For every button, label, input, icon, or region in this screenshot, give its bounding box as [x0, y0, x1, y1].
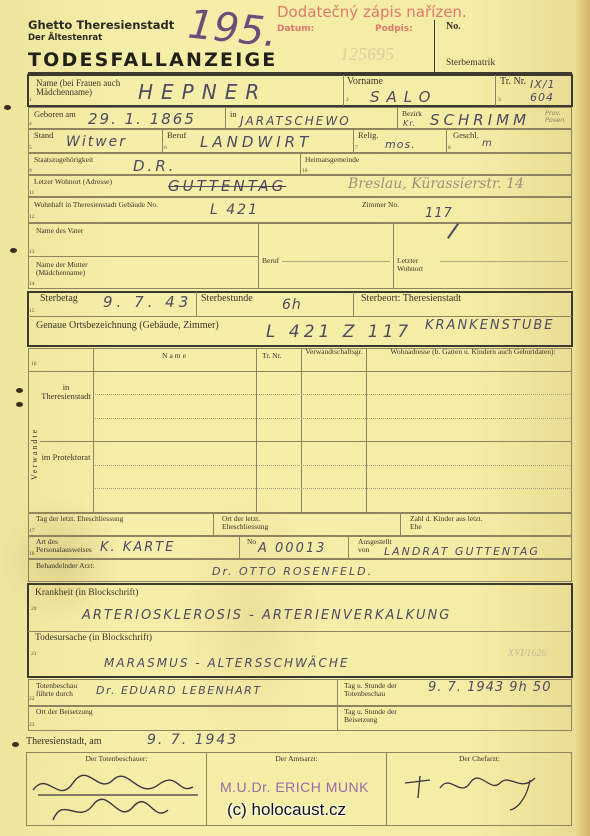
field-number: 3 [498, 97, 501, 103]
field-number: 5 [29, 145, 32, 151]
org-line-2: Der Ältestenrat [28, 33, 102, 43]
sex-value: m [482, 138, 495, 149]
citizenship-label: Staatszugehörigkeit [34, 156, 93, 164]
exact-location-value: L 421 Z 117 [266, 322, 412, 342]
divider [239, 536, 240, 559]
building-value: L 421 [210, 202, 259, 218]
field-number: 10 [302, 168, 308, 174]
divider [343, 75, 344, 106]
parents-last-residence-label: Letzter Wohnort [397, 257, 437, 274]
district-note: Prov. Posen [545, 110, 575, 124]
born-label: Geboren am [34, 110, 76, 119]
home-municipality-label: Heimatsgemeinde [305, 156, 359, 164]
official-stamp: M.U.Dr. ERICH MUNK [220, 779, 369, 795]
death-hour-label: Sterbestunde [201, 294, 253, 305]
col-name: Name [94, 352, 256, 360]
id-no-value: A 00013 [258, 541, 326, 556]
id-type-value: K. KARTE [100, 540, 175, 555]
dotted-line [95, 394, 570, 395]
place-date-value: 9. 7. 1943 [147, 732, 238, 748]
divider [196, 292, 197, 316]
place-date-label: Theresienstadt, am [26, 737, 102, 748]
write-line [282, 261, 390, 262]
last-residence-label: Letzer Wohnort (Adresse) [34, 178, 112, 186]
dotted-line [95, 465, 570, 466]
field-number: 1 [29, 97, 32, 103]
profession-value: LANDWIRT [200, 133, 312, 151]
write-line [440, 261, 568, 262]
field-number: 14 [29, 281, 35, 287]
divider [495, 75, 496, 106]
field-number: 22 [29, 696, 35, 702]
field-number: 13 [29, 249, 35, 255]
addendum-stamp: Dodatečný zápis nařízen. [277, 3, 467, 21]
marriage-date-label: Tag der letzt. Eheschliessung [36, 515, 126, 523]
divider [28, 316, 572, 317]
field-number: 21 [31, 651, 37, 657]
field-number: 2 [346, 97, 349, 103]
district-label: Bezirk [402, 110, 422, 118]
inspection-by-label: Totenbeschau führte durch [36, 682, 96, 699]
id-type-label: Art des Personalausweises [36, 538, 106, 555]
dotted-line [95, 488, 570, 489]
field-number: 11 [29, 190, 34, 196]
field-number: 9 [29, 168, 32, 174]
addendum-date-label: Datum: [277, 24, 314, 34]
building-label: Wohnhaft in Theresienstadt Gebäude No. [34, 201, 158, 209]
punch-hole [4, 105, 11, 110]
divider [213, 513, 214, 536]
group-theresienstadt: in Theresienstadt [40, 383, 92, 401]
divider [28, 371, 572, 372]
id-no-label: No [247, 538, 256, 546]
last-residence-struck: GUTTENTAG [168, 177, 286, 195]
transport-value: IX/1 604 [530, 78, 574, 104]
exact-location-label: Genaue Ortsbezeichnung (Gebäude, Zimmer) [36, 321, 219, 332]
field-number: 4 [29, 121, 32, 127]
religion-value: mos. [385, 138, 416, 151]
addendum-signature-label: Podpis: [375, 24, 413, 34]
id-issued-value: LANDRAT GUTTENTAG [384, 545, 540, 558]
handwritten-number: 195. [186, 1, 279, 56]
cause-faint-note: XVI/1626 [508, 648, 546, 659]
illness-label: Krankheit (in Blockschrift) [35, 589, 138, 599]
relatives-side-label: Verwandte [30, 400, 39, 480]
birthplace-value: JARATSCHEWO [240, 114, 351, 128]
religion-label: Relig. [358, 131, 379, 140]
divider [93, 348, 94, 513]
divider [162, 129, 163, 153]
status-label: Stand [34, 131, 53, 140]
col-transport: Tr. Nr. [262, 352, 282, 360]
mother-label: Name der Mutter (Mädchenname) [36, 261, 136, 278]
cause-value: MARASMUS - ALTERSSCHWÄCHE [104, 656, 349, 670]
burial-row [28, 706, 572, 731]
divider [258, 223, 259, 289]
room-label: Zimmer No. [362, 201, 399, 209]
father-label: Name des Vater [36, 227, 86, 235]
name-label: Name (bei Frauen auch Mädchenname) [36, 79, 136, 98]
room-value: 117 [425, 206, 453, 221]
first-name-value: SALO [370, 88, 438, 106]
field-number: 23 [29, 722, 35, 728]
burial-datetime-label: Tag u. Stunde der Beisetzung [344, 708, 414, 725]
paper-edge [576, 0, 590, 836]
no-label: No. [446, 22, 461, 33]
divider [353, 129, 354, 153]
header-divider [434, 20, 435, 72]
divider [397, 107, 398, 129]
inspection-datetime-value: 9. 7. 1943 9h 50 [428, 680, 551, 695]
watermark: (c) holocaust.cz [227, 800, 346, 820]
physician-value: Dr. OTTO ROSENFELD. [212, 565, 373, 578]
punch-hole [16, 402, 23, 407]
field-number: 18 [29, 551, 35, 557]
first-name-label: Vorname [347, 77, 383, 88]
field-number: 6 [164, 145, 167, 151]
physician-label: Behandelnder Arzt: [36, 562, 95, 570]
field-number: 8 [448, 145, 451, 151]
chief-signature [400, 768, 550, 813]
district-value: SCHRIMM [430, 111, 530, 129]
exact-location-note: KRANKENSTUBE [425, 318, 554, 333]
field-number: 12 [29, 214, 35, 220]
parents-profession-label: Beruf [262, 257, 280, 265]
profession-label: Beruf [167, 131, 186, 140]
born-in-label: in [230, 110, 237, 119]
dotted-line [95, 418, 570, 419]
divider [353, 292, 354, 316]
last-residence-value: Breslau, Kürassierstr. 14 [348, 176, 524, 192]
sex-label: Geschl. [453, 131, 479, 140]
transport-label: Tr. Nr. [500, 77, 526, 88]
org-line-1: Ghetto Theresienstadt [28, 18, 174, 32]
punch-hole [12, 742, 19, 747]
divider [348, 536, 349, 559]
divider [28, 631, 572, 632]
field-number: 20 [31, 606, 37, 612]
children-label: Zahl d. Kinder aus letzt. Ehe [410, 515, 485, 532]
inspector-signature [28, 765, 203, 830]
punch-hole [16, 388, 23, 393]
cause-label: Todesursache (in Blockschrift) [35, 634, 152, 644]
citizenship-value: D.R. [133, 157, 177, 175]
marriage-place-label: Ort der letzt. Eheschliessung [222, 515, 292, 532]
divider [28, 256, 258, 257]
death-date-value: 9. 7. 43 [103, 293, 192, 311]
district-prefix: Kr. [403, 119, 416, 128]
field-number: 15 [29, 308, 35, 314]
inspection-by-value: Dr. EDUARD LEBENHART [96, 684, 262, 697]
col-relation: Verwandtschaftsgr. [303, 348, 365, 356]
death-place-label: Sterbeort: Theresienstadt [361, 294, 461, 305]
punch-hole [10, 248, 17, 253]
illness-value: ARTERIOSKLEROSIS - ARTERIENVERKALKUNG [82, 608, 451, 623]
divider [300, 153, 301, 175]
field-number: 7 [355, 145, 358, 151]
status-value: Witwer [66, 134, 127, 150]
register-faint-number: 125695 [340, 44, 394, 65]
divider [400, 513, 401, 536]
inspection-datetime-label: Tag u. Stunde der Totenbeschau [344, 682, 414, 699]
surname-value: HEPNER [138, 80, 267, 104]
divider [446, 129, 447, 153]
field-number: 17 [29, 528, 35, 534]
field-number: 16 [31, 361, 37, 367]
chief-label: Der Chefarzt: [387, 755, 572, 763]
inspector-label: Der Totenbeschauer: [27, 755, 206, 763]
burial-place-label: Ort der Beisetzung [36, 708, 96, 716]
death-date-label: Sterbetag [40, 294, 78, 305]
group-protektorat: im Protektorat [40, 453, 92, 462]
official-label: Der Amtsarzt: [207, 755, 386, 763]
register-label: Sterbematrik [446, 59, 495, 69]
death-hour-value: 6h [282, 297, 302, 313]
divider [40, 441, 572, 442]
born-value: 29. 1. 1865 [88, 110, 196, 128]
divider [393, 223, 394, 289]
divider [225, 107, 226, 129]
col-address: Wohnadresse (b. Gatten u. Kindern auch G… [380, 348, 566, 356]
